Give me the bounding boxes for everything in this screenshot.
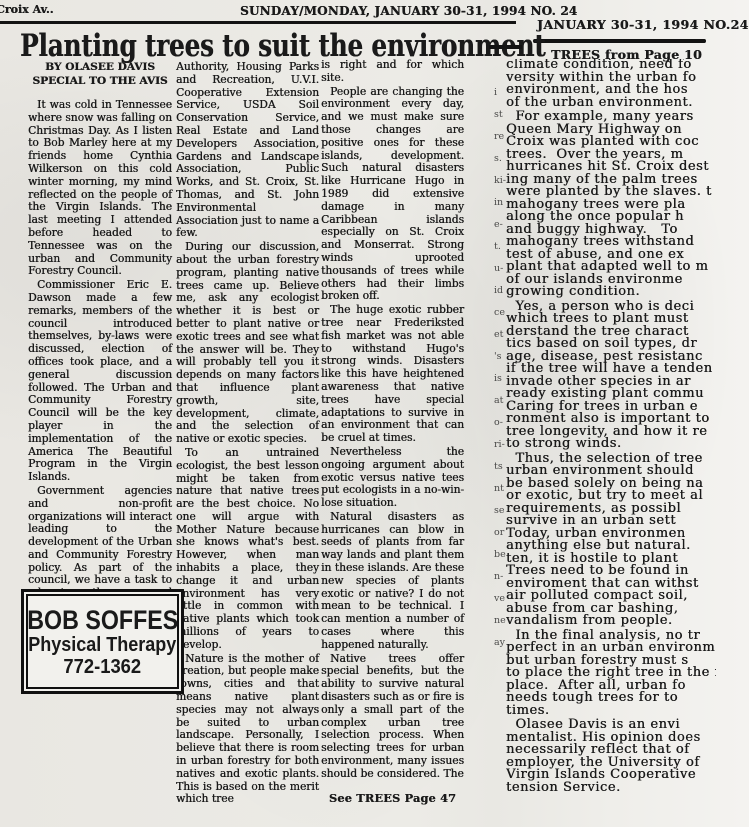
byline-author: BY OLASEE DAVIS [28, 61, 172, 75]
paragraph: People are changing the environment ever… [321, 86, 464, 304]
paragraph: During our discussion, about the urban f… [176, 241, 319, 446]
scan-gutter-debris: i st re s. ki- in e- t. u- id ce et 's i… [494, 82, 508, 662]
continuation-paragraph: In the final analysis, no tr perfect in … [506, 630, 716, 718]
article-headline: Planting trees to suit the environment [20, 28, 545, 64]
continuation-paragraph: Olasee Davis is an envi mentalist. His o… [506, 719, 716, 794]
continuation-paragraph: Yes, a person who is deci which trees to… [506, 301, 716, 451]
paragraph: Nevertheless the ongoing argument about … [321, 446, 464, 510]
newspaper-scan: Croix Av.. SUNDAY/MONDAY, JANUARY 30-31,… [0, 0, 749, 827]
continuation-paragraph: Thus, the selection of tree urban enviro… [506, 453, 716, 628]
advertisement-box: BOB SOFFES Physical Therapy 772-1362 [21, 589, 184, 694]
paragraph: Nature is the mother of creation, but pe… [176, 653, 319, 807]
masthead-rule [0, 21, 516, 24]
jump-line: See TREES Page 47 [321, 792, 464, 805]
paragraph: To an untrained ecologist, the best less… [176, 447, 319, 652]
masthead-left-fragment: Croix Av.. [0, 3, 54, 16]
ad-phone-number: 772-1362 [64, 656, 142, 678]
advertisement-inner-border: BOB SOFFES Physical Therapy 772-1362 [26, 594, 179, 689]
ad-service-line: Physical Therapy [28, 634, 176, 656]
continuation-paragraph: For example, many years Queen Mary Highw… [506, 111, 716, 299]
continuation-paragraph: climate condition, need fo versity withi… [506, 59, 716, 109]
paragraph: is right and for which site. [321, 59, 464, 85]
paragraph: Natural disasters as hurricanes can blow… [321, 511, 464, 652]
continuation-column: climate condition, need fo versity withi… [506, 59, 716, 809]
article-column-2: Authority, Housing Parks and Recreation,… [176, 61, 319, 807]
paragraph: The huge exotic rubber tree near Frederi… [321, 304, 464, 445]
byline-credit: SPECIAL TO THE AVIS [28, 75, 172, 89]
article-column-3: is right and for which site. People are … [321, 59, 464, 805]
paragraph: Native trees offer special benefits, but… [321, 653, 464, 781]
paragraph: Authority, Housing Parks and Recreation,… [176, 61, 319, 240]
right-page-rule [533, 39, 706, 43]
right-page-dateline: JANUARY 30-31, 1994 NO.24 [537, 17, 749, 32]
masthead-dateline: SUNDAY/MONDAY, JANUARY 30-31, 1994 NO. 2… [240, 4, 577, 18]
headline-dash-rule [489, 45, 522, 49]
paragraph: It was cold in Tennessee where snow was … [28, 99, 172, 278]
paragraph: Commissioner Eric E. Dawson made a few r… [28, 279, 172, 484]
ad-business-name: BOB SOFFES [27, 606, 178, 634]
